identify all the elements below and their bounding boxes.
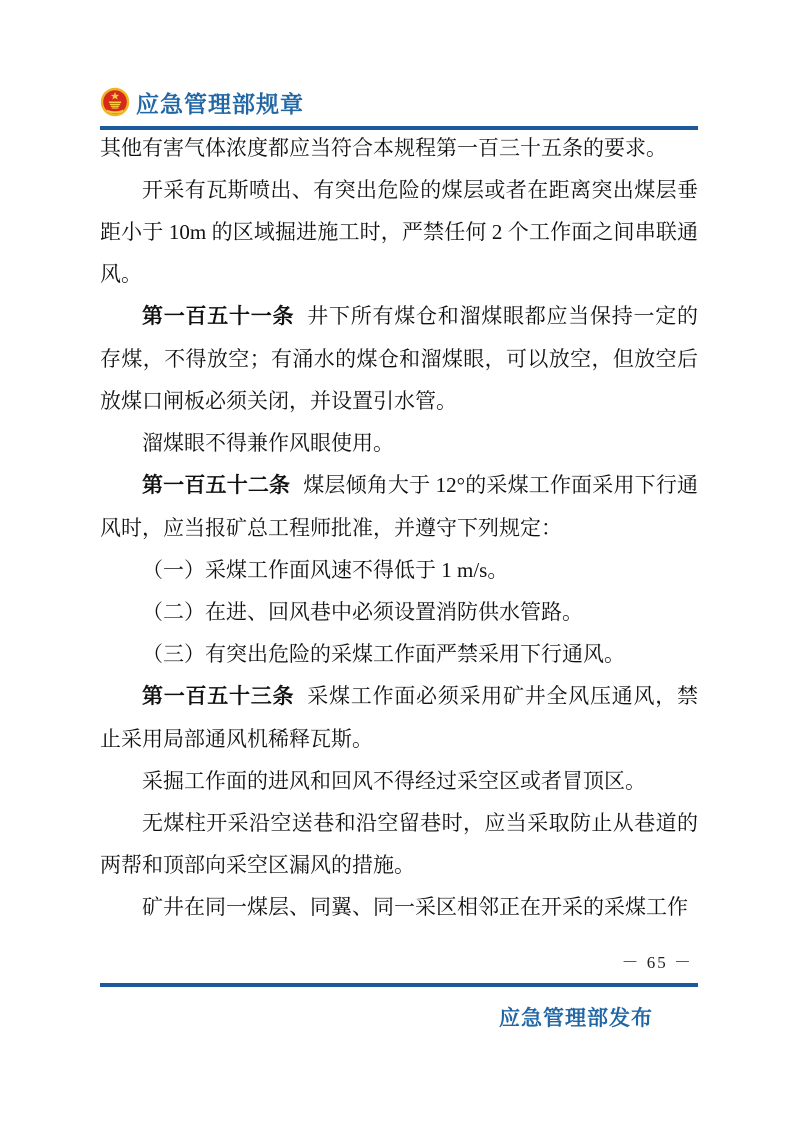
- list-item-2: （二）在进、回风巷中必须设置消防供水管路。: [100, 591, 698, 633]
- paragraph: 无煤柱开采沿空送巷和沿空留巷时，应当采取防止从巷道的两帮和顶部向采空区漏风的措施…: [100, 802, 698, 886]
- paragraph: 采掘工作面的进风和回风不得经过采空区或者冒顶区。: [100, 760, 698, 802]
- paragraph-text: 溜煤眼不得兼作风眼使用。: [142, 431, 394, 455]
- article-number: 第一百五十一条: [142, 305, 294, 328]
- page-header: 应急管理部规章: [100, 84, 698, 120]
- paragraph: 溜煤眼不得兼作风眼使用。: [100, 422, 698, 464]
- paragraph-text: 矿井在同一煤层、同翼、同一采区相邻正在开采的采煤工作: [142, 895, 688, 919]
- paragraph-article-151: 第一百五十一条井下所有煤仓和溜煤眼都应当保持一定的存煤，不得放空；有涌水的煤仓和…: [100, 295, 698, 422]
- footer-rule: [100, 983, 698, 987]
- publisher-label: 应急管理部发布: [499, 1002, 653, 1032]
- page-number: － 65 －: [622, 948, 694, 973]
- paragraph: 开采有瓦斯喷出、有突出危险的煤层或者在距离突出煤层垂距小于 10m 的区域掘进施…: [100, 169, 698, 295]
- document-body: 其他有害气体浓度都应当符合本规程第一百三十五条的要求。 开采有瓦斯喷出、有突出危…: [100, 127, 698, 928]
- paragraph-article-153: 第一百五十三条采煤工作面必须采用矿井全风压通风，禁止采用局部通风机稀释瓦斯。: [100, 675, 698, 760]
- header-title: 应急管理部规章: [136, 86, 304, 119]
- paragraph-continuation: 其他有害气体浓度都应当符合本规程第一百三十五条的要求。: [100, 127, 698, 169]
- paragraph-cutoff: 矿井在同一煤层、同翼、同一采区相邻正在开采的采煤工作: [100, 886, 698, 928]
- list-item-1: （一）采煤工作面风速不得低于 1 m/s。: [100, 549, 698, 591]
- paragraph-article-152: 第一百五十二条煤层倾角大于 12°的采煤工作面采用下行通风时，应当报矿总工程师批…: [100, 464, 698, 549]
- list-item-3: （三）有突出危险的采煤工作面严禁采用下行通风。: [100, 633, 698, 675]
- paragraph-text: 采掘工作面的进风和回风不得经过采空区或者冒顶区。: [142, 769, 646, 793]
- paragraph-text: （三）有突出危险的采煤工作面严禁采用下行通风。: [142, 642, 625, 666]
- paragraph-text: （二）在进、回风巷中必须设置消防供水管路。: [142, 600, 583, 624]
- paragraph-text: 无煤柱开采沿空送巷和沿空留巷时，应当采取防止从巷道的两帮和顶部向采空区漏风的措施…: [100, 811, 698, 877]
- document-page: 应急管理部规章 其他有害气体浓度都应当符合本规程第一百三十五条的要求。 开采有瓦…: [0, 0, 793, 1122]
- article-number: 第一百五十三条: [142, 685, 294, 708]
- article-number: 第一百五十二条: [142, 474, 290, 497]
- china-national-emblem-icon: [100, 87, 130, 117]
- paragraph-text: 开采有瓦斯喷出、有突出危险的煤层或者在距离突出煤层垂距小于 10m 的区域掘进施…: [100, 178, 698, 286]
- paragraph-text: 其他有害气体浓度都应当符合本规程第一百三十五条的要求。: [100, 136, 667, 160]
- paragraph-text: （一）采煤工作面风速不得低于 1 m/s。: [142, 558, 508, 582]
